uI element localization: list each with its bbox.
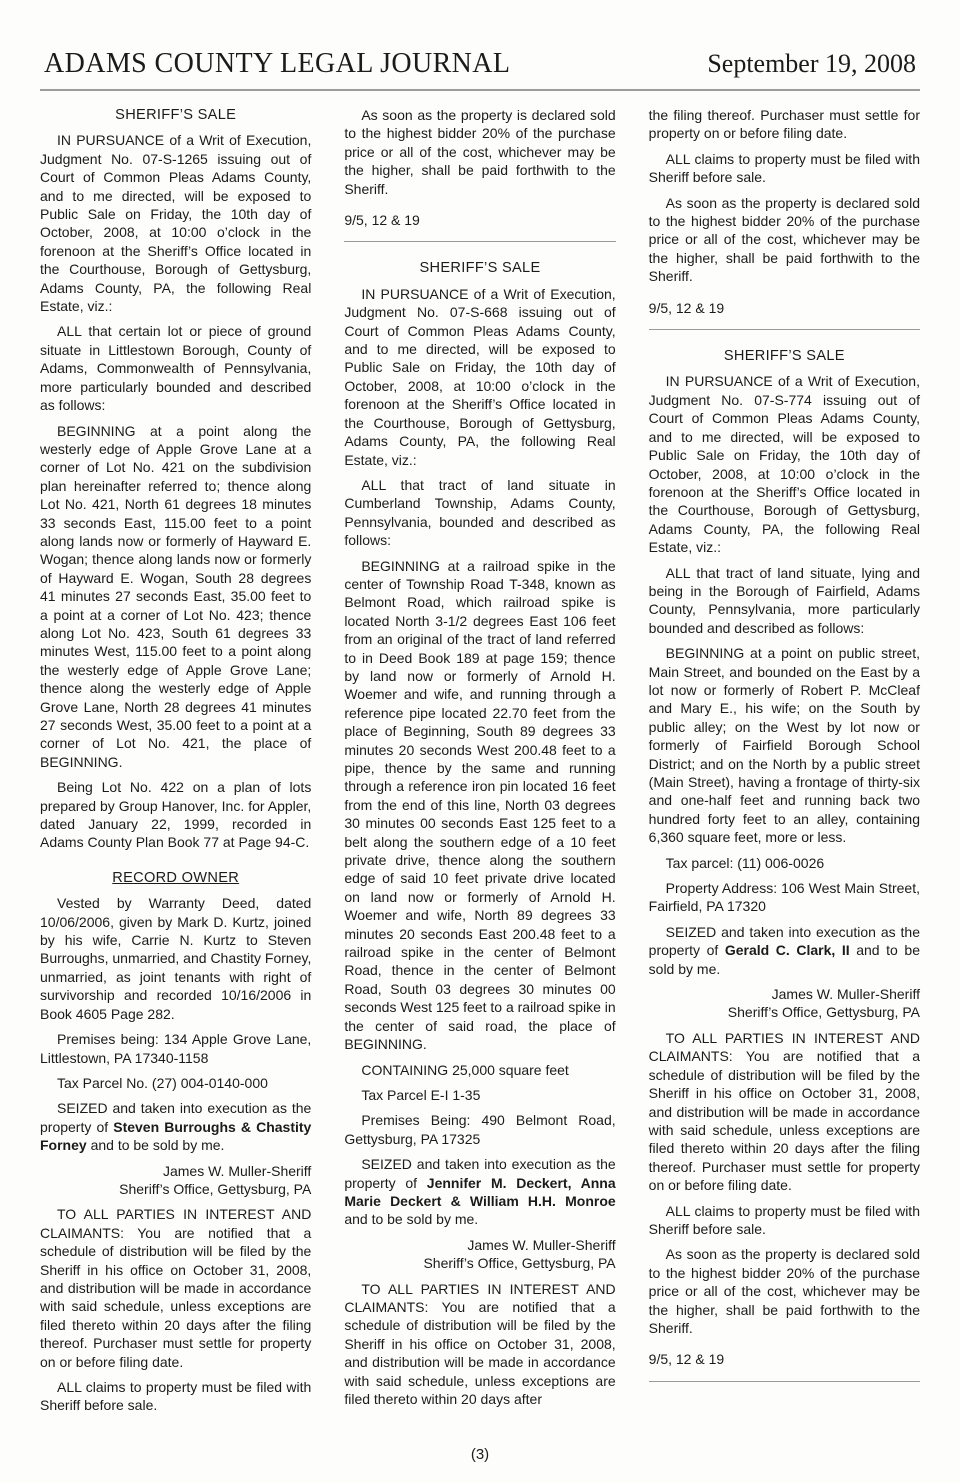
paragraph: Tax parcel: (11) 006-0026: [649, 854, 920, 872]
section-divider: [649, 329, 920, 330]
paragraph: As soon as the property is declared sold…: [649, 1245, 920, 1337]
signature-line: Sheriff’s Office, Gettysburg, PA: [40, 1180, 311, 1198]
journal-page: ADAMS COUNTY LEGAL JOURNAL September 19,…: [0, 0, 960, 1483]
column-1: SHERIFF’S SALEIN PURSUANCE of a Writ of …: [40, 106, 311, 1415]
signature-block: James W. Muller-SheriffSheriff’s Office,…: [40, 1162, 311, 1199]
paragraph-text: and to be sold by me.: [344, 1211, 478, 1227]
signature-line: James W. Muller-Sheriff: [344, 1236, 615, 1254]
publication-dates: 9/5, 12 & 19: [649, 299, 920, 317]
paragraph: Premises being: 134 Apple Grove Lane, Li…: [40, 1030, 311, 1067]
paragraph: IN PURSUANCE of a Writ of Execution, Jud…: [344, 285, 615, 469]
journal-title: ADAMS COUNTY LEGAL JOURNAL: [44, 48, 510, 80]
section-divider: [344, 241, 615, 242]
paragraph: BEGINNING at a railroad spike in the cen…: [344, 557, 615, 1054]
paragraph: ALL claims to property must be filed wit…: [649, 1202, 920, 1239]
paragraph: Tax Parcel E-I 1-35: [344, 1086, 615, 1104]
section-divider: [649, 1381, 920, 1382]
paragraph: BEGINNING at a point along the westerly …: [40, 422, 311, 772]
paragraph: SEIZED and taken into execution as the p…: [40, 1099, 311, 1154]
columns-container: SHERIFF’S SALEIN PURSUANCE of a Writ of …: [40, 91, 920, 1430]
section-heading: SHERIFF’S SALE: [649, 347, 920, 365]
signature-block: James W. Muller-SheriffSheriff’s Office,…: [649, 985, 920, 1022]
section-heading: SHERIFF’S SALE: [344, 259, 615, 277]
signature-block: James W. Muller-SheriffSheriff’s Office,…: [344, 1236, 615, 1273]
paragraph: Being Lot No. 422 on a plan of lots prep…: [40, 778, 311, 852]
paragraph: IN PURSUANCE of a Writ of Execution, Jud…: [649, 372, 920, 556]
paragraph: the filing thereof. Purchaser must settl…: [649, 106, 920, 143]
paragraph: IN PURSUANCE of a Writ of Execution, Jud…: [40, 131, 311, 315]
page-footer: (3): [40, 1430, 920, 1483]
paragraph: Tax Parcel No. (27) 004-0140-000: [40, 1074, 311, 1092]
paragraph: As soon as the property is declared sold…: [649, 194, 920, 286]
section-heading: SHERIFF’S SALE: [40, 106, 311, 124]
paragraph: TO ALL PARTIES IN INTEREST AND CLAIMANTS…: [40, 1205, 311, 1371]
paragraph: ALL claims to property must be filed wit…: [649, 150, 920, 187]
publication-dates: 9/5, 12 & 19: [344, 211, 615, 229]
paragraph: As soon as the property is declared sold…: [344, 106, 615, 198]
column-3: the filing thereof. Purchaser must settl…: [649, 106, 920, 1382]
paragraph: Property Address: 106 West Main Street, …: [649, 879, 920, 916]
paragraph: SEIZED and taken into execution as the p…: [649, 923, 920, 978]
issue-date: September 19, 2008: [707, 49, 916, 79]
paragraph: ALL that tract of land situate in Cumber…: [344, 476, 615, 550]
paragraph: Premises Being: 490 Belmont Road, Gettys…: [344, 1111, 615, 1148]
column-2: As soon as the property is declared sold…: [344, 106, 615, 1408]
page-number: (3): [471, 1446, 489, 1463]
paragraph: SEIZED and taken into execution as the p…: [344, 1155, 615, 1229]
paragraph: TO ALL PARTIES IN INTEREST AND CLAIMANTS…: [344, 1280, 615, 1409]
masthead: ADAMS COUNTY LEGAL JOURNAL September 19,…: [40, 48, 920, 80]
defendant-name: Gerald C. Clark, II: [725, 942, 850, 958]
paragraph: BEGINNING at a point on public street, M…: [649, 644, 920, 846]
paragraph: ALL that tract of land situate, lying an…: [649, 564, 920, 638]
publication-dates: 9/5, 12 & 19: [649, 1350, 920, 1368]
signature-line: James W. Muller-Sheriff: [649, 985, 920, 1003]
signature-line: James W. Muller-Sheriff: [40, 1162, 311, 1180]
paragraph: ALL claims to property must be filed wit…: [40, 1378, 311, 1415]
signature-line: Sheriff’s Office, Gettysburg, PA: [649, 1003, 920, 1021]
paragraph: TO ALL PARTIES IN INTEREST AND CLAIMANTS…: [649, 1029, 920, 1195]
paragraph: Vested by Warranty Deed, dated 10/06/200…: [40, 894, 311, 1023]
paragraph: ALL that certain lot or piece of ground …: [40, 322, 311, 414]
paragraph: CONTAINING 25,000 square feet: [344, 1061, 615, 1079]
paragraph-text: and to be sold by me.: [87, 1137, 225, 1153]
signature-line: Sheriff’s Office, Gettysburg, PA: [344, 1254, 615, 1272]
record-owner-heading: RECORD OWNER: [40, 869, 311, 887]
